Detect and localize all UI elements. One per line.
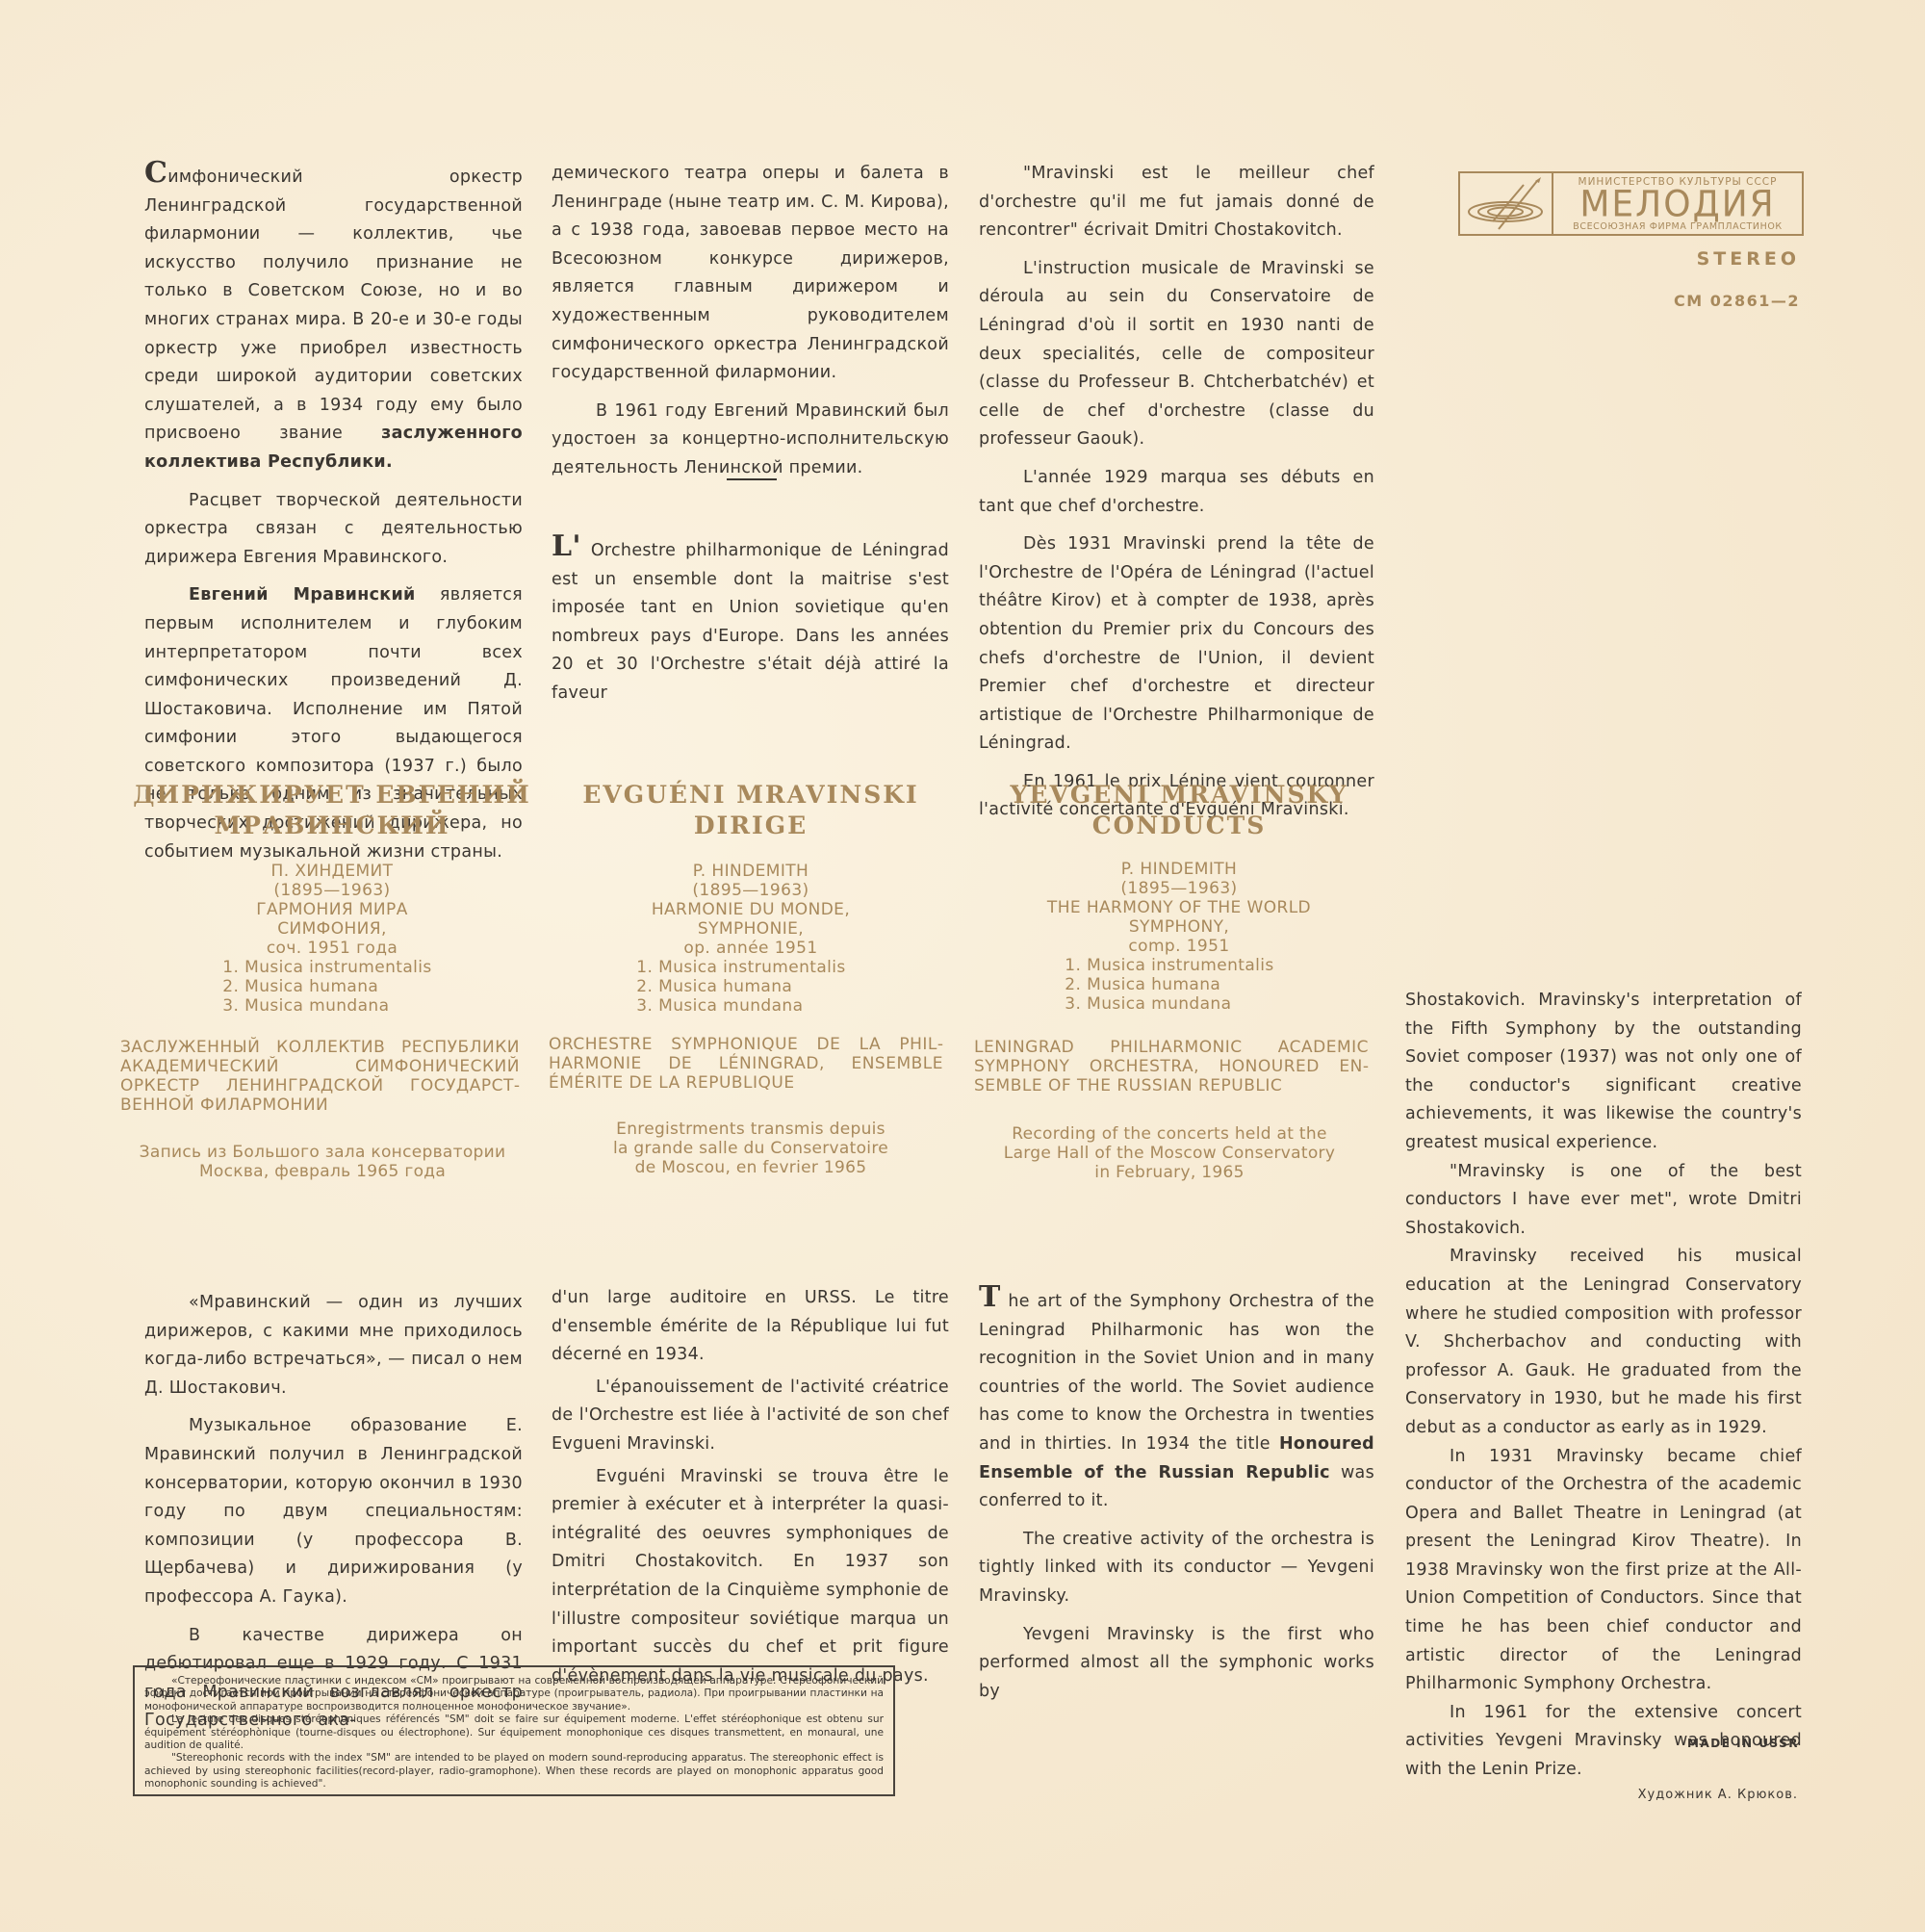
ru-heading: ДИРИЖИРУЕТ ЕВГЕНИЙ МРАВИНСКИЙ [125,780,539,841]
en-work-details: P. HINDEMITH (1895—1963) THE HARMONY OF … [972,860,1386,1014]
movement-item: 1. Musica instrumentalis [222,958,431,977]
ru-work-details: П. ХИНДЕМИТ (1895—1963) ГАРМОНИЯ МИРА СИ… [125,862,539,1016]
fr-intro-continued: d'un large auditoire en URSS. Le titre d… [552,1284,949,1700]
fr-orchestra-name: ORCHESTRE SYMPHONIQUE DE LA PHIL­HARMONI… [549,1035,943,1093]
en-orchestra-name: LENINGRAD PHILHARMONIC ACADEMIC SYMPHONY… [974,1038,1369,1095]
movement-item: 3. Musica mundana [636,996,845,1016]
fr-recording-info: Enregistrments transmis depuis la grande… [539,1120,962,1177]
fr-biography-text: "Mravinski est le meilleur chef d'orches… [979,160,1374,835]
ru-intro-continued: демического театра оперы и балета в Лени… [552,160,949,493]
ru-recording-info: Запись из Большого зала консерватории Мо… [120,1143,525,1181]
movement-item: 1. Musica instrumentalis [636,958,845,977]
dropcap: С [144,156,167,190]
en-heading: YEVGENI MRAVINSKY CONDUCTS [972,780,1386,841]
fr-heading: EVGUÉNI MRAVINSKI DIRIGE [539,780,962,841]
melodiya-logo: МИНИСТЕРСТВО КУЛЬТУРЫ СССР МЕЛОДИЯ ВСЕСО… [1458,171,1804,236]
artist-credit: Художник А. Крюков. [1638,1788,1798,1802]
stereo-label: STEREO [1697,248,1800,270]
ru-intro-text: Симфонический оркестр Ленинградской госу… [144,164,523,876]
movement-item: 1. Musica instrumentalis [1065,956,1273,975]
en-recording-info: Recording of the concerts held at the La… [972,1124,1367,1182]
dropcap: T [979,1280,1001,1314]
movement-item: 2. Musica humana [1065,975,1273,994]
stereo-notice-box: «Стереофонические пластинки с индексом «… [133,1665,895,1796]
movement-item: 3. Musica mundana [222,996,431,1016]
en-biography-continued: Shostakovich. Mravinsky's interpretation… [1405,987,1802,1785]
divider-rule [727,478,777,480]
dropcap: L' [552,529,581,563]
fr-intro-text: L' Orchestre philharmonique de Léningrad… [552,537,949,718]
ru-orchestra-name: ЗАСЛУЖЕННЫЙ КОЛЛЕКТИВ РЕСПУБЛИКИ АКАДЕМИ… [120,1038,520,1115]
fr-work-details: P. HINDEMITH (1895—1963) HARMONIE DU MON… [539,862,962,1016]
movement-item: 2. Musica humana [636,977,845,996]
made-in-label: MADE IN USSR [1687,1737,1799,1750]
en-intro-text: T he art of the Symphony Orchestra of th… [979,1288,1374,1715]
label-name: МЕЛОДИЯ [1553,188,1802,222]
melodiya-record-emblem-icon [1460,173,1553,234]
movement-item: 3. Musica mundana [1065,994,1273,1014]
movement-item: 2. Musica humana [222,977,431,996]
catalog-number: СМ 02861—2 [1674,292,1800,310]
